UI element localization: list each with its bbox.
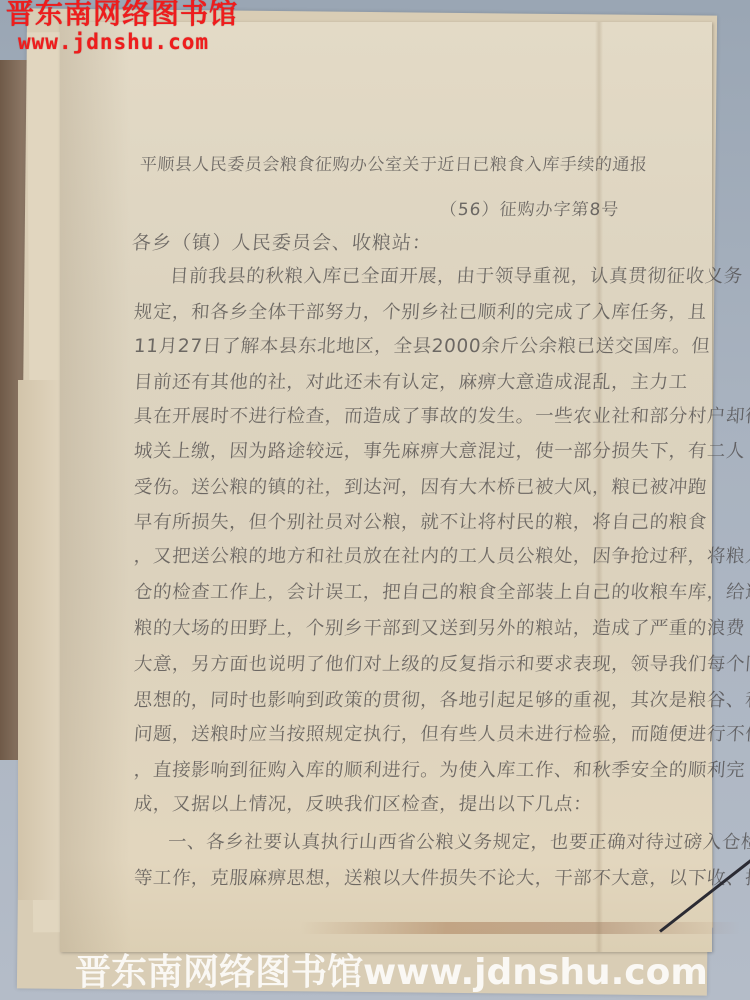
body-line: 受伤。送公粮的镇的社，到达河，因有大木桥已被大风，粮已被冲跑 xyxy=(133,473,708,499)
body-line: 仓的检查工作上，会计误工，把自己的粮食全部装上自己的收粮车库，给运 xyxy=(133,578,750,604)
watermark-url: www.jdnshu.com xyxy=(18,32,238,53)
body-line: 目前我县的秋粮入库已全面开展，由于领导重视，认真贯彻征收义务 xyxy=(169,262,744,288)
document-title: 平顺县人民委员会粮食征购办公室关于近日已粮食入库手续的通报 xyxy=(139,150,648,175)
body-line: 具在开展时不进行检查，而造成了事故的发生。一些农业社和部分村户却往 xyxy=(133,402,750,428)
body-line: 粮的大场的田野上，个别乡干部到又送到另外的粮站，造成了严重的浪费 xyxy=(133,614,746,640)
watermark-top: 晋东南网络图书馆 www.jdnshu.com xyxy=(6,0,238,53)
body-line: 成，又据以上情况，反映我们区检查，提出以下几点： xyxy=(133,790,593,816)
body-line: 规定，和各乡全体干部努力，个别乡社已顺利的完成了入库任务，且 xyxy=(133,298,708,324)
body-line: 早有所损失，但个别社员对公粮，就不让将村民的粮，将自己的粮食 xyxy=(133,508,708,534)
body-line: 等工作，克服麻痹思想，送粮以大件损失不论大，干部不大意，以下收、搭 xyxy=(133,864,750,890)
paper-stain xyxy=(300,922,740,934)
body-line: 思想的，同时也影响到政策的贯彻，各地引起足够的重视，其次是粮谷、私人的 xyxy=(133,686,750,712)
body-line: ，又把送公粮的地方和社员放在社内的工人员公粮处，因争抢过秤，将粮入 xyxy=(133,542,750,568)
watermark-bottom: 晋东南网络图书馆www.jdnshu.com xyxy=(75,955,708,991)
body-line: 问题，送粮时应当按照规定执行，但有些人员未进行检验，而随便进行不便 xyxy=(133,720,750,746)
body-line: 一、各乡社要认真执行山西省公粮义务规定，也要正确对待过磅入仓检验 xyxy=(167,828,750,854)
body-line: 城关上缴，因为路途较远，事先麻痹大意混过，使一部分损失下，有二人 xyxy=(133,437,746,463)
document-salutation: 各乡（镇）人民委员会、收粮站： xyxy=(131,228,433,255)
body-line: 大意，另方面也说明了他们对上级的反复指示和要求表现，领导我们每个同志 xyxy=(133,650,750,676)
watermark-name: 晋东南网络图书馆 xyxy=(6,0,238,28)
body-line: 目前还有其他的社，对此还未有认定，麻痹大意造成混乱，主力工 xyxy=(133,368,689,394)
body-line: 11月27日了解本县东北地区，全县2000余斤公余粮已送交国库。但 xyxy=(133,332,711,358)
document-number: （56）征购办字第8号 xyxy=(439,195,620,220)
body-line: ，直接影响到征购入库的顺利进行。为使入库工作、和秋季安全的顺利完 xyxy=(133,756,746,782)
